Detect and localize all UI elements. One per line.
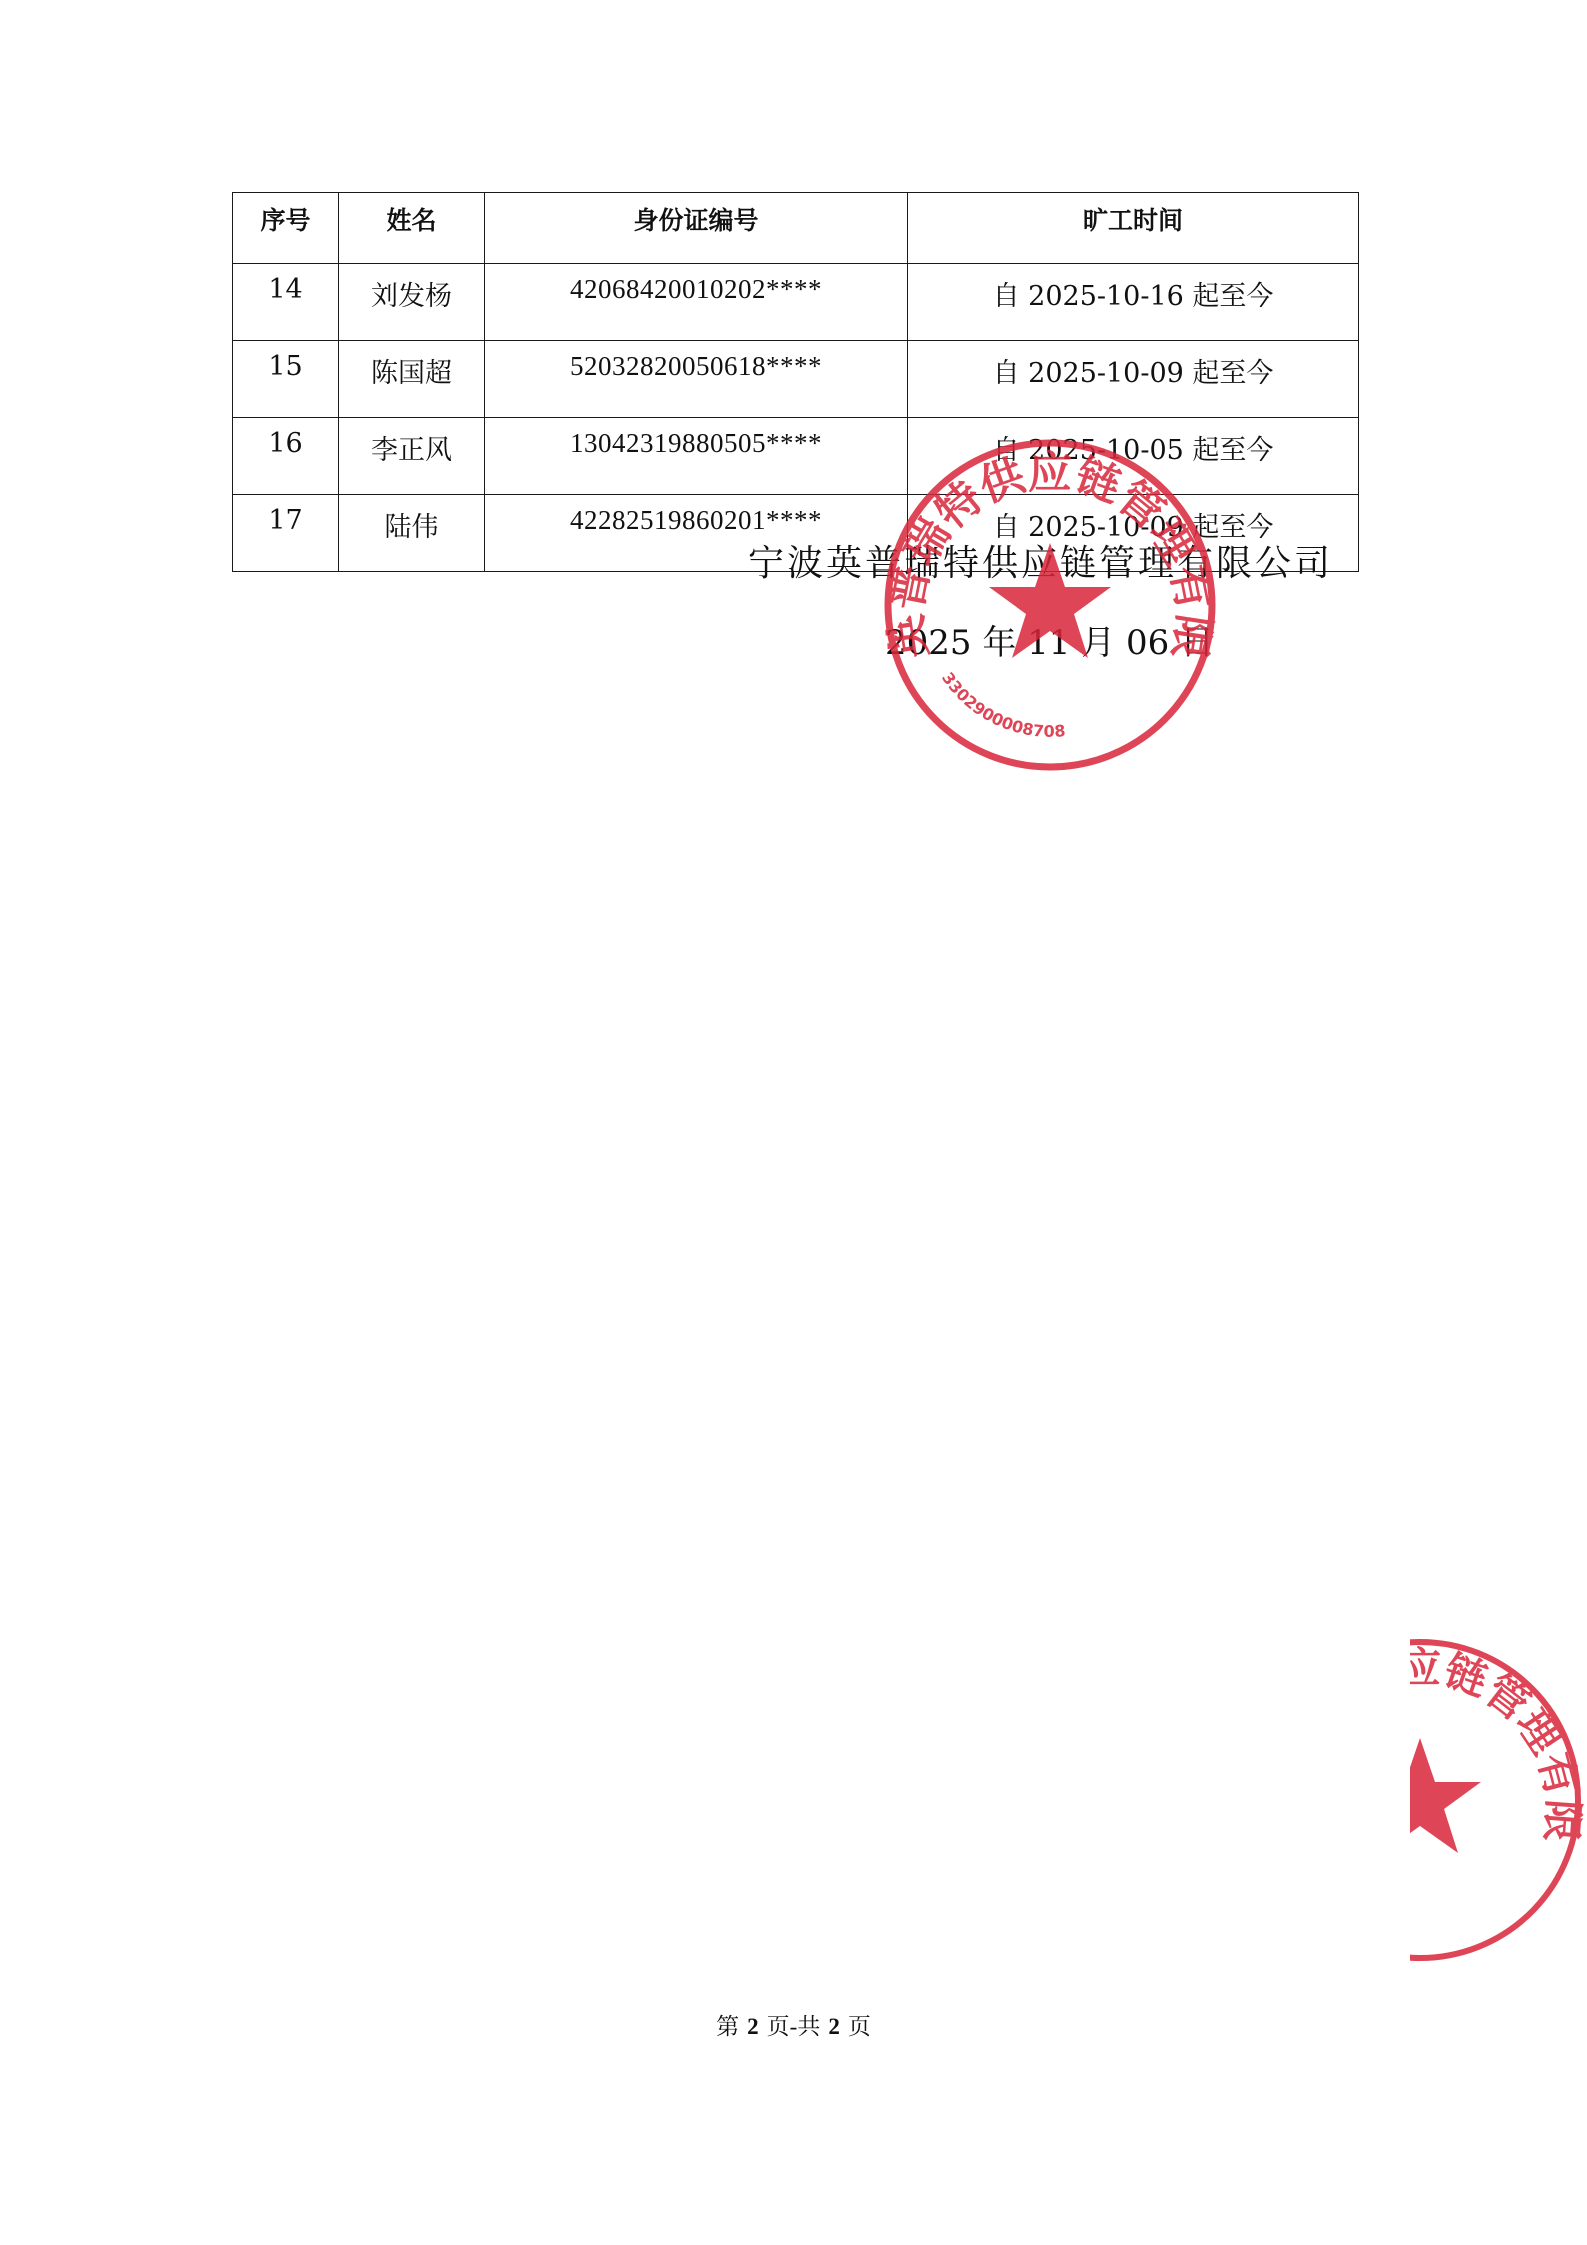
cell-id: 13042319880505**** [485, 418, 908, 495]
svg-text:宁波英普瑞特供应链管理有限公司: 宁波英普瑞特供应链管理有限公司 [1410, 1630, 1587, 1843]
footer-middle: 页-共 [767, 2014, 821, 2039]
cell-name: 陆伟 [339, 495, 485, 572]
signature-date: 2025 年 11 月 06 日 [885, 615, 1214, 664]
total-pages: 2 [820, 2014, 848, 2039]
cell-no: 17 [233, 495, 339, 572]
cell-name: 陈国超 [339, 341, 485, 418]
absence-table: 序号 姓名 身份证编号 旷工时间 14 刘发杨 42068420010202**… [232, 192, 1359, 572]
svg-text:3302900008708: 3302900008708 [938, 669, 1066, 741]
footer-suffix: 页 [848, 2014, 871, 2039]
company-signature: 宁波英普瑞特供应链管理有限公司 [748, 535, 1333, 586]
cell-id: 52032820050618**** [485, 341, 908, 418]
table-row: 14 刘发杨 42068420010202**** 自 2025-10-16 起… [233, 264, 1359, 341]
current-page: 2 [739, 2014, 767, 2039]
cell-id: 42068420010202**** [485, 264, 908, 341]
table-row: 16 李正风 13042319880505**** 自 2025-10-05 起… [233, 418, 1359, 495]
page-footer: 第2页-共2页 [0, 2008, 1587, 2041]
cell-no: 14 [233, 264, 339, 341]
cell-name: 李正风 [339, 418, 485, 495]
table-header-row: 序号 姓名 身份证编号 旷工时间 [233, 193, 1359, 264]
header-name: 姓名 [339, 193, 485, 264]
header-id: 身份证编号 [485, 193, 908, 264]
cell-name: 刘发杨 [339, 264, 485, 341]
partial-seal-icon: 宁波英普瑞特供应链管理有限公司 [1410, 1630, 1587, 1970]
cell-absence: 自 2025-10-09 起至今 [908, 341, 1359, 418]
cell-absence: 自 2025-10-16 起至今 [908, 264, 1359, 341]
footer-prefix: 第 [716, 2014, 739, 2039]
cell-no: 16 [233, 418, 339, 495]
partial-seal-clip: 宁波英普瑞特供应链管理有限公司 [1410, 1630, 1587, 1970]
header-no: 序号 [233, 193, 339, 264]
cell-no: 15 [233, 341, 339, 418]
table-row: 15 陈国超 52032820050618**** 自 2025-10-09 起… [233, 341, 1359, 418]
header-absence: 旷工时间 [908, 193, 1359, 264]
cell-absence: 自 2025-10-05 起至今 [908, 418, 1359, 495]
